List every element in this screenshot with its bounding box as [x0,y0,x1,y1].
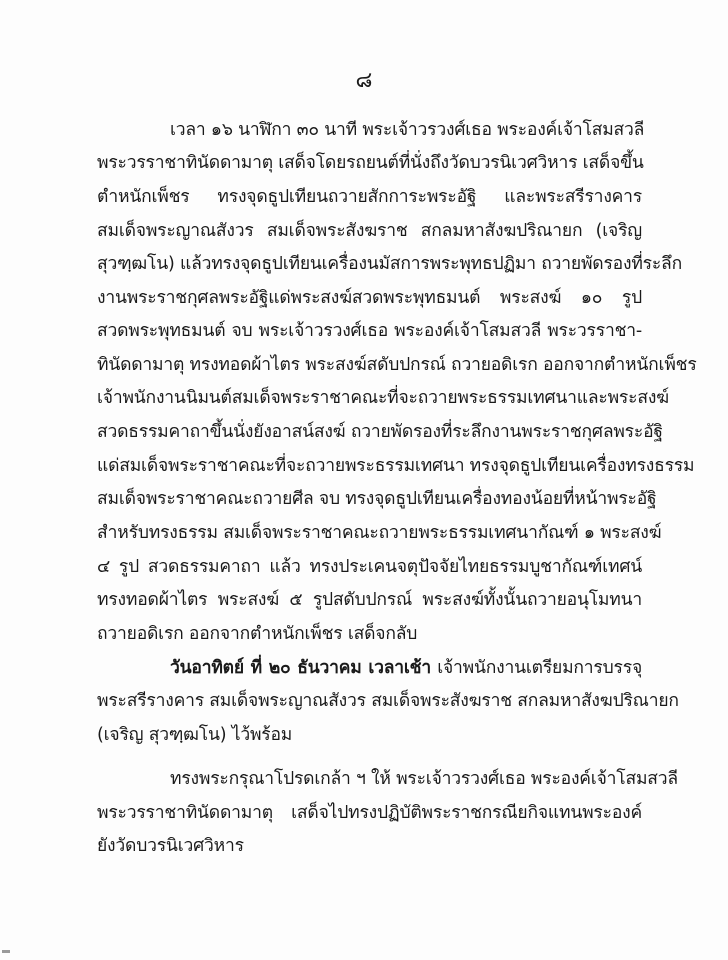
paragraph-line: สมเด็จพระราชาคณะถวายศีล จบ ทรงจุดธูปเทีย… [97,484,642,514]
paragraph-line: ถวายอดิเรก ออกจากตำหนักเพ็ชร เสด็จกลับ [97,619,642,649]
paragraph-line: สวดพระพุทธมนต์ จบ พระเจ้าวรวงศ์เธอ พระอง… [97,316,642,346]
paragraph-line: ทรงพระกรุณาโปรดเกล้า ฯ ให้ พระเจ้าวรวงศ์… [170,764,642,794]
paragraph-line: เจ้าพนักงานนิมนต์สมเด็จพระราชาคณะที่จะถว… [97,383,642,413]
document-page: ๘ เวลา ๑๖ นาฬิกา ๓๐ นาที พระเจ้าวรวงศ์เธ… [0,0,728,960]
paragraph-line: ทรงทอดผ้าไตร พระสงฆ์ ๕ รูปสดับปกรณ์ พระส… [97,585,642,615]
paragraph-line: สุวฑฺฒโน) แล้วทรงจุดธูปเทียนเครื่องนมัสก… [97,249,642,279]
paragraph-line: สำหรับทรงธรรม สมเด็จพระราชาคณะถวายพระธรร… [97,518,642,548]
paragraph-line: (เจริญ สุวฑฺฒโน) ไว้พร้อม [97,720,642,750]
paragraph-line: ตำหนักเพ็ชร ทรงจุดธูปเทียนถวายสักการะพระ… [97,182,642,212]
paragraph-line: สมเด็จพระญาณสังวร สมเด็จพระสังฆราช สกลมห… [97,216,642,246]
paragraph-line: พระวรราชาทินัดดามาตุ เสด็จไปทรงปฏิบัติพร… [97,798,642,828]
scan-artifact [2,950,10,953]
paragraph-line: แด่สมเด็จพระราชาคณะที่จะถวายพระธรรมเทศนา… [97,451,642,481]
paragraph-line: ๔ รูป สวดธรรมคาถา แล้ว ทรงประเคนจตุปัจจั… [97,552,642,582]
paragraph-line: พระสรีรางคาร สมเด็จพระญาณสังวร สมเด็จพระ… [97,686,642,716]
paragraph-first-line: วันอาทิตย์ ที่ ๒๐ ธันวาคม เวลาเช้า เจ้าพ… [170,653,642,683]
paragraph-line: ทินัดดามาตุ ทรงทอดผ้าไตร พระสงฆ์สดับปกรณ… [97,350,642,380]
paragraph-line: สวดธรรมคาถาขึ้นนั่งยังอาสน์สงฆ์ ถวายพัดร… [97,417,642,447]
paragraph-line-rest: เจ้าพนักงานเตรียมการบรรจุ [437,658,642,678]
paragraph-line: งานพระราชกุศลพระอัฐิแด่พระสงฆ์สวดพระพุทธ… [97,283,642,313]
page-number: ๘ [0,66,728,96]
date-heading: วันอาทิตย์ ที่ ๒๐ ธันวาคม เวลาเช้า [170,658,431,678]
paragraph-line: เวลา ๑๖ นาฬิกา ๓๐ นาที พระเจ้าวรวงศ์เธอ … [170,115,642,145]
paragraph-line: ยังวัดบวรนิเวศวิหาร [97,831,642,861]
paragraph-line: พระวรราชาทินัดดามาตุ เสด็จโดยรถยนต์ที่นั… [97,148,642,178]
